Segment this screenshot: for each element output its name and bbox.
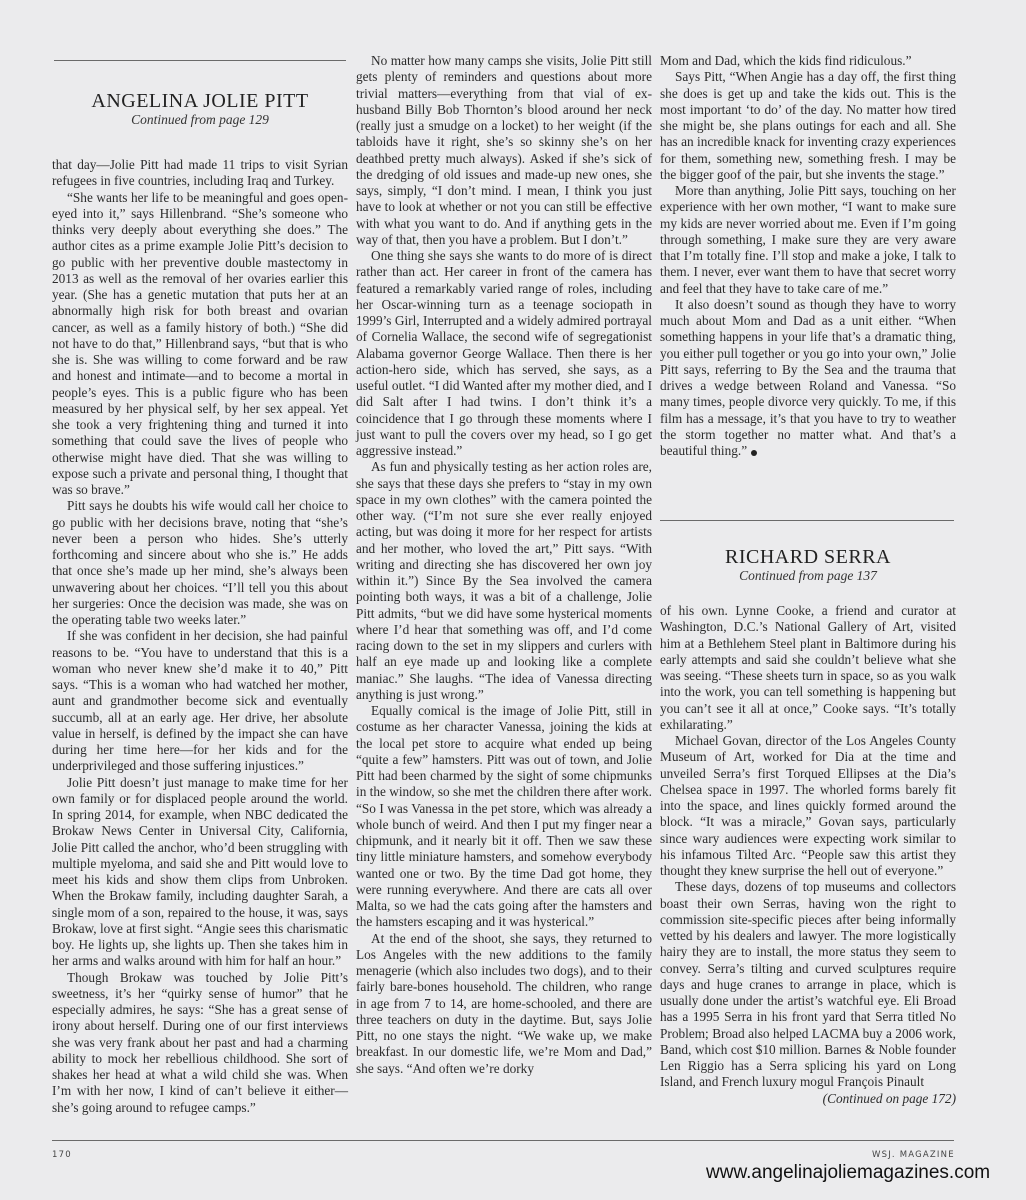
- paragraph: Mom and Dad, which the kids find ridicul…: [660, 53, 956, 69]
- publication-name: WSJ. MAGAZINE: [872, 1150, 955, 1160]
- column-1: that day—Jolie Pitt had made 11 trips to…: [52, 157, 348, 1116]
- paragraph: If she was confident in her decision, sh…: [52, 628, 348, 774]
- paragraph: As fun and physically testing as her act…: [356, 459, 652, 703]
- watermark-url: www.angelinajoliemagazines.com: [706, 1162, 990, 1184]
- column-2: No matter how many camps she visits, Jol…: [356, 53, 652, 1077]
- column-3: Mom and Dad, which the kids find ridicul…: [660, 53, 956, 459]
- serra-continued-from: Continued from page 137: [660, 568, 956, 584]
- serra-section-rule: [660, 520, 954, 521]
- paragraph: More than anything, Jolie Pitt says, tou…: [660, 183, 956, 297]
- jolie-article-title: ANGELINA JOLIE PITT: [52, 90, 348, 112]
- paragraph: One thing she says she wants to do more …: [356, 248, 652, 459]
- paragraph: of his own. Lynne Cooke, a friend and cu…: [660, 603, 956, 733]
- paragraph: Pitt says he doubts his wife would call …: [52, 498, 348, 628]
- paragraph: that day—Jolie Pitt had made 11 trips to…: [52, 157, 348, 190]
- top-rule-left: [54, 60, 346, 61]
- jolie-continued-from: Continued from page 129: [52, 112, 348, 128]
- end-of-article-bullet-icon: [751, 450, 757, 456]
- paragraph: No matter how many camps she visits, Jol…: [356, 53, 652, 248]
- serra-continued-on-link[interactable]: (Continued on page 172): [808, 1091, 956, 1107]
- paragraph: It also doesn’t sound as though they hav…: [660, 297, 956, 460]
- magazine-page: ANGELINA JOLIE PITT Continued from page …: [0, 0, 1026, 1200]
- serra-article-header: RICHARD SERRA Continued from page 137: [660, 546, 956, 584]
- paragraph: At the end of the shoot, she says, they …: [356, 931, 652, 1077]
- footer-rule: [52, 1140, 954, 1141]
- paragraph: Says Pitt, “When Angie has a day off, th…: [660, 69, 956, 183]
- paragraph: Michael Govan, director of the Los Angel…: [660, 733, 956, 879]
- paragraph: These days, dozens of top museums and co…: [660, 879, 956, 1090]
- serra-article-title: RICHARD SERRA: [660, 546, 956, 568]
- final-paragraph-text: It also doesn’t sound as though they hav…: [660, 297, 956, 458]
- paragraph: Equally comical is the image of Jolie Pi…: [356, 703, 652, 931]
- paragraph: Jolie Pitt doesn’t just manage to make t…: [52, 775, 348, 970]
- paragraph: “She wants her life to be meaningful and…: [52, 190, 348, 499]
- column-3-serra: of his own. Lynne Cooke, a friend and cu…: [660, 603, 956, 1107]
- paragraph-text: These days, dozens of top museums and co…: [660, 879, 956, 1089]
- paragraph: Though Brokaw was touched by Jolie Pitt’…: [52, 970, 348, 1116]
- jolie-article-header: ANGELINA JOLIE PITT Continued from page …: [52, 90, 348, 128]
- page-number: 170: [52, 1150, 72, 1160]
